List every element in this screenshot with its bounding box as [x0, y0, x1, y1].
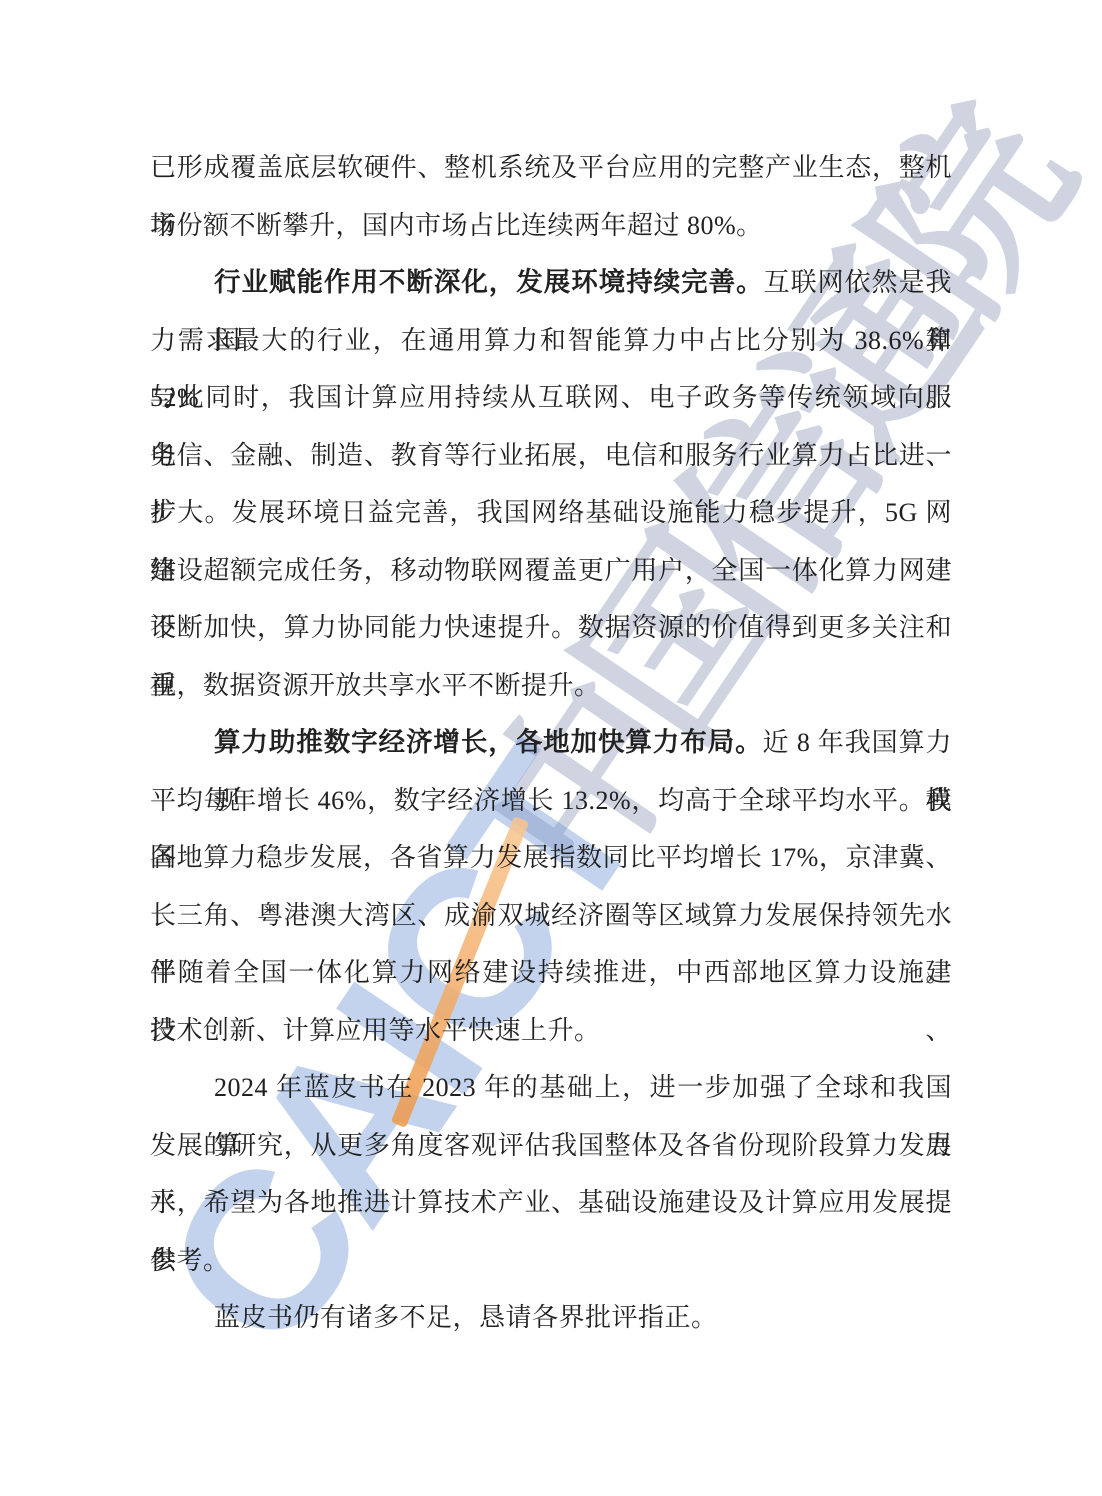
text-line: 2024 年蓝皮书在 2023 年的基础上，进一步加强了全球和我国算力	[150, 1059, 952, 1117]
text-line: 平均每年增长 46%，数字经济增长 13.2%，均高于全球平均水平。我国	[150, 772, 952, 830]
text-line: 与此同时，我国计算应用持续从互联网、电子政务等传统领域向服务、	[150, 369, 952, 427]
text-line: 平，希望为各地推进计算技术产业、基础设施建设及计算应用发展提供	[150, 1174, 952, 1232]
text-line: 电信、金融、制造、教育等行业拓展，电信和服务行业算力占比进一步	[150, 427, 952, 485]
text-line: 伴随着全国一体化算力网络建设持续推进，中西部地区算力设施建设、	[150, 944, 952, 1002]
text-line: 视，数据资源开放共享水平不断提升。	[150, 657, 952, 715]
paragraph: 蓝皮书仍有诸多不足，恳请各界批评指正。	[150, 1289, 952, 1347]
body-paragraphs: 已形成覆盖底层软硬件、整机系统及平台应用的完整产业生态，整机市场份额不断攀升，国…	[150, 139, 952, 1347]
bold-lead-text: 行业赋能作用不断深化，发展环境持续完善。	[214, 267, 764, 297]
line-text: 场份额不断攀升，国内市场占比连续两年超过 80%。	[150, 211, 763, 240]
line-text: 参考。	[150, 1246, 230, 1275]
paragraph: 算力助推数字经济增长，各地加快算力布局。近 8 年我国算力规模平均每年增长 46…	[150, 714, 952, 1059]
text-line: 行业赋能作用不断深化，发展环境持续完善。互联网依然是我国算	[150, 254, 952, 312]
text-line: 已形成覆盖底层软硬件、整机系统及平台应用的完整产业生态，整机市	[150, 139, 952, 197]
text-line: 不断加快，算力协同能力快速提升。数据资源的价值得到更多关注和重	[150, 599, 952, 657]
paragraph: 已形成覆盖底层软硬件、整机系统及平台应用的完整产业生态，整机市场份额不断攀升，国…	[150, 139, 952, 254]
line-text: 视，数据资源开放共享水平不断提升。	[150, 671, 601, 700]
paragraph: 2024 年蓝皮书在 2023 年的基础上，进一步加强了全球和我国算力发展的研究…	[150, 1059, 952, 1289]
text-line: 长三角、粤港澳大湾区、成渝双城经济圈等区域算力发展保持领先水平。	[150, 887, 952, 945]
line-text: 蓝皮书仍有诸多不足，恳请各界批评指正。	[214, 1303, 718, 1332]
paragraph: 行业赋能作用不断深化，发展环境持续完善。互联网依然是我国算力需求最大的行业，在通…	[150, 254, 952, 714]
text-line: 力需求最大的行业，在通用算力和智能算力中占比分别为 38.6%和 52%。	[150, 312, 952, 370]
text-line: 扩大。发展环境日益完善，我国网络基础设施能力稳步提升，5G 网络	[150, 484, 952, 542]
line-text: 各地算力稳步发展，各省算力发展指数同比平均增长 17%，京津冀、	[150, 843, 952, 872]
line-text: 技术创新、计算应用等水平快速上升。	[150, 1016, 601, 1045]
text-line: 参考。	[150, 1232, 952, 1290]
text-line: 场份额不断攀升，国内市场占比连续两年超过 80%。	[150, 197, 952, 255]
page-content: 已形成覆盖底层软硬件、整机系统及平台应用的完整产业生态，整机市场份额不断攀升，国…	[150, 139, 952, 1347]
text-line: 建设超额完成任务，移动物联网覆盖更广用户，全国一体化算力网建设	[150, 542, 952, 600]
bold-lead-text: 算力助推数字经济增长，各地加快算力布局。	[214, 727, 763, 757]
text-line: 蓝皮书仍有诸多不足，恳请各界批评指正。	[150, 1289, 952, 1347]
document-page: 中国信通院 CAICT 已形成覆盖底层软硬件、整机系统及平台应用的完整产业生态，…	[0, 0, 1102, 1496]
text-line: 发展的研究，从更多角度客观评估我国整体及各省份现阶段算力发展水	[150, 1117, 952, 1175]
text-line: 算力助推数字经济增长，各地加快算力布局。近 8 年我国算力规模	[150, 714, 952, 772]
text-line: 各地算力稳步发展，各省算力发展指数同比平均增长 17%，京津冀、	[150, 829, 952, 887]
